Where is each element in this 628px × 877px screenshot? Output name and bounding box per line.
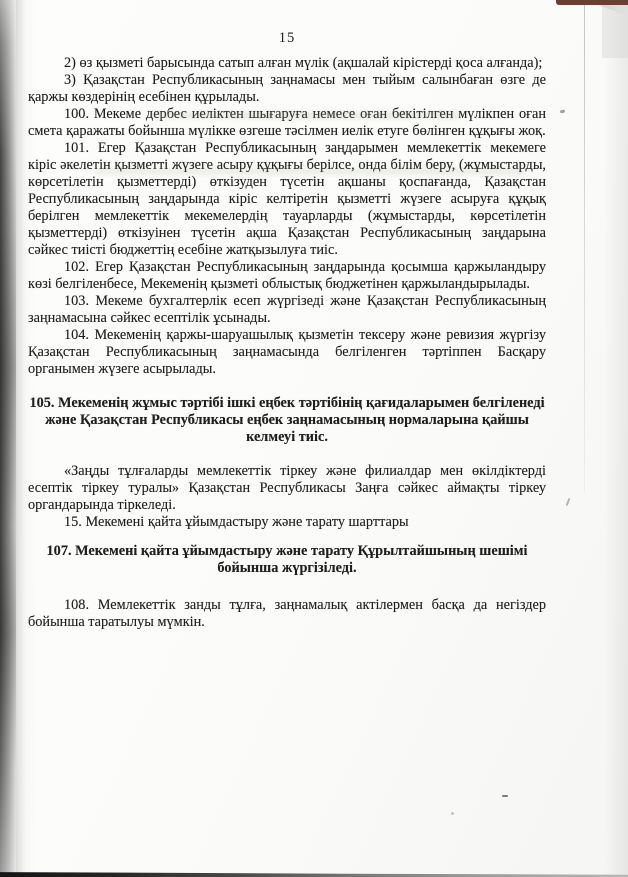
paragraph-item-3: 3) Қазақстан Республикасының заңнамасы м…: [28, 72, 546, 106]
paragraph-103: 103. Мекеме бухгалтерлік есеп жүргізеді …: [28, 293, 546, 327]
page-number: 15: [28, 30, 546, 47]
paragraph-101: 101. Егер Қазақстан Республикасының заңд…: [28, 140, 546, 259]
scan-corner-mark: [556, 0, 628, 5]
paragraph-104: 104. Мекеменің қаржы-шаруашылық қызметін…: [28, 327, 546, 378]
paragraph-107: 108. Мемлекеттік занды тұлға, заңнамалық…: [28, 597, 546, 631]
scan-corner-shadow: [596, 5, 628, 17]
paragraph-100: 100. Мекеме дербес иеліктен шығаруға нем…: [28, 106, 546, 140]
scanned-page: 15 2) өз қызметі барысында сатып алған м…: [0, 0, 628, 877]
paragraph-item-2: 2) өз қызметі барысында сатып алған мүлі…: [28, 55, 546, 72]
scan-speck: [566, 498, 571, 506]
paragraph-106-law: 15. Мекемені қайта ұйымдастыру және тара…: [28, 514, 546, 531]
scan-edge-right: [604, 0, 628, 877]
page-corner-fold: [602, 0, 628, 58]
scan-speck: [560, 109, 566, 113]
section-heading-13: 105. Мекеменің жұмыс тәртібі ішкі еңбек …: [28, 395, 546, 446]
scan-speck: [451, 812, 454, 815]
paragraph-102: 102. Егер Қазақстан Республикасының заңд…: [28, 259, 546, 293]
section-heading-15: 107. Мекемені қайта ұйымдастыру және тар…: [28, 543, 546, 577]
document-body: 2) өз қызметі барысында сатып алған мүлі…: [28, 55, 546, 631]
scan-edge-bottom: [0, 871, 628, 877]
paragraph-106: «Заңды тұлғаларды мемлекеттік тіркеу жән…: [28, 463, 546, 514]
paper-crease: [584, 0, 585, 492]
scan-edge-left-shading: [0, 0, 16, 877]
scan-speck: [502, 795, 508, 797]
